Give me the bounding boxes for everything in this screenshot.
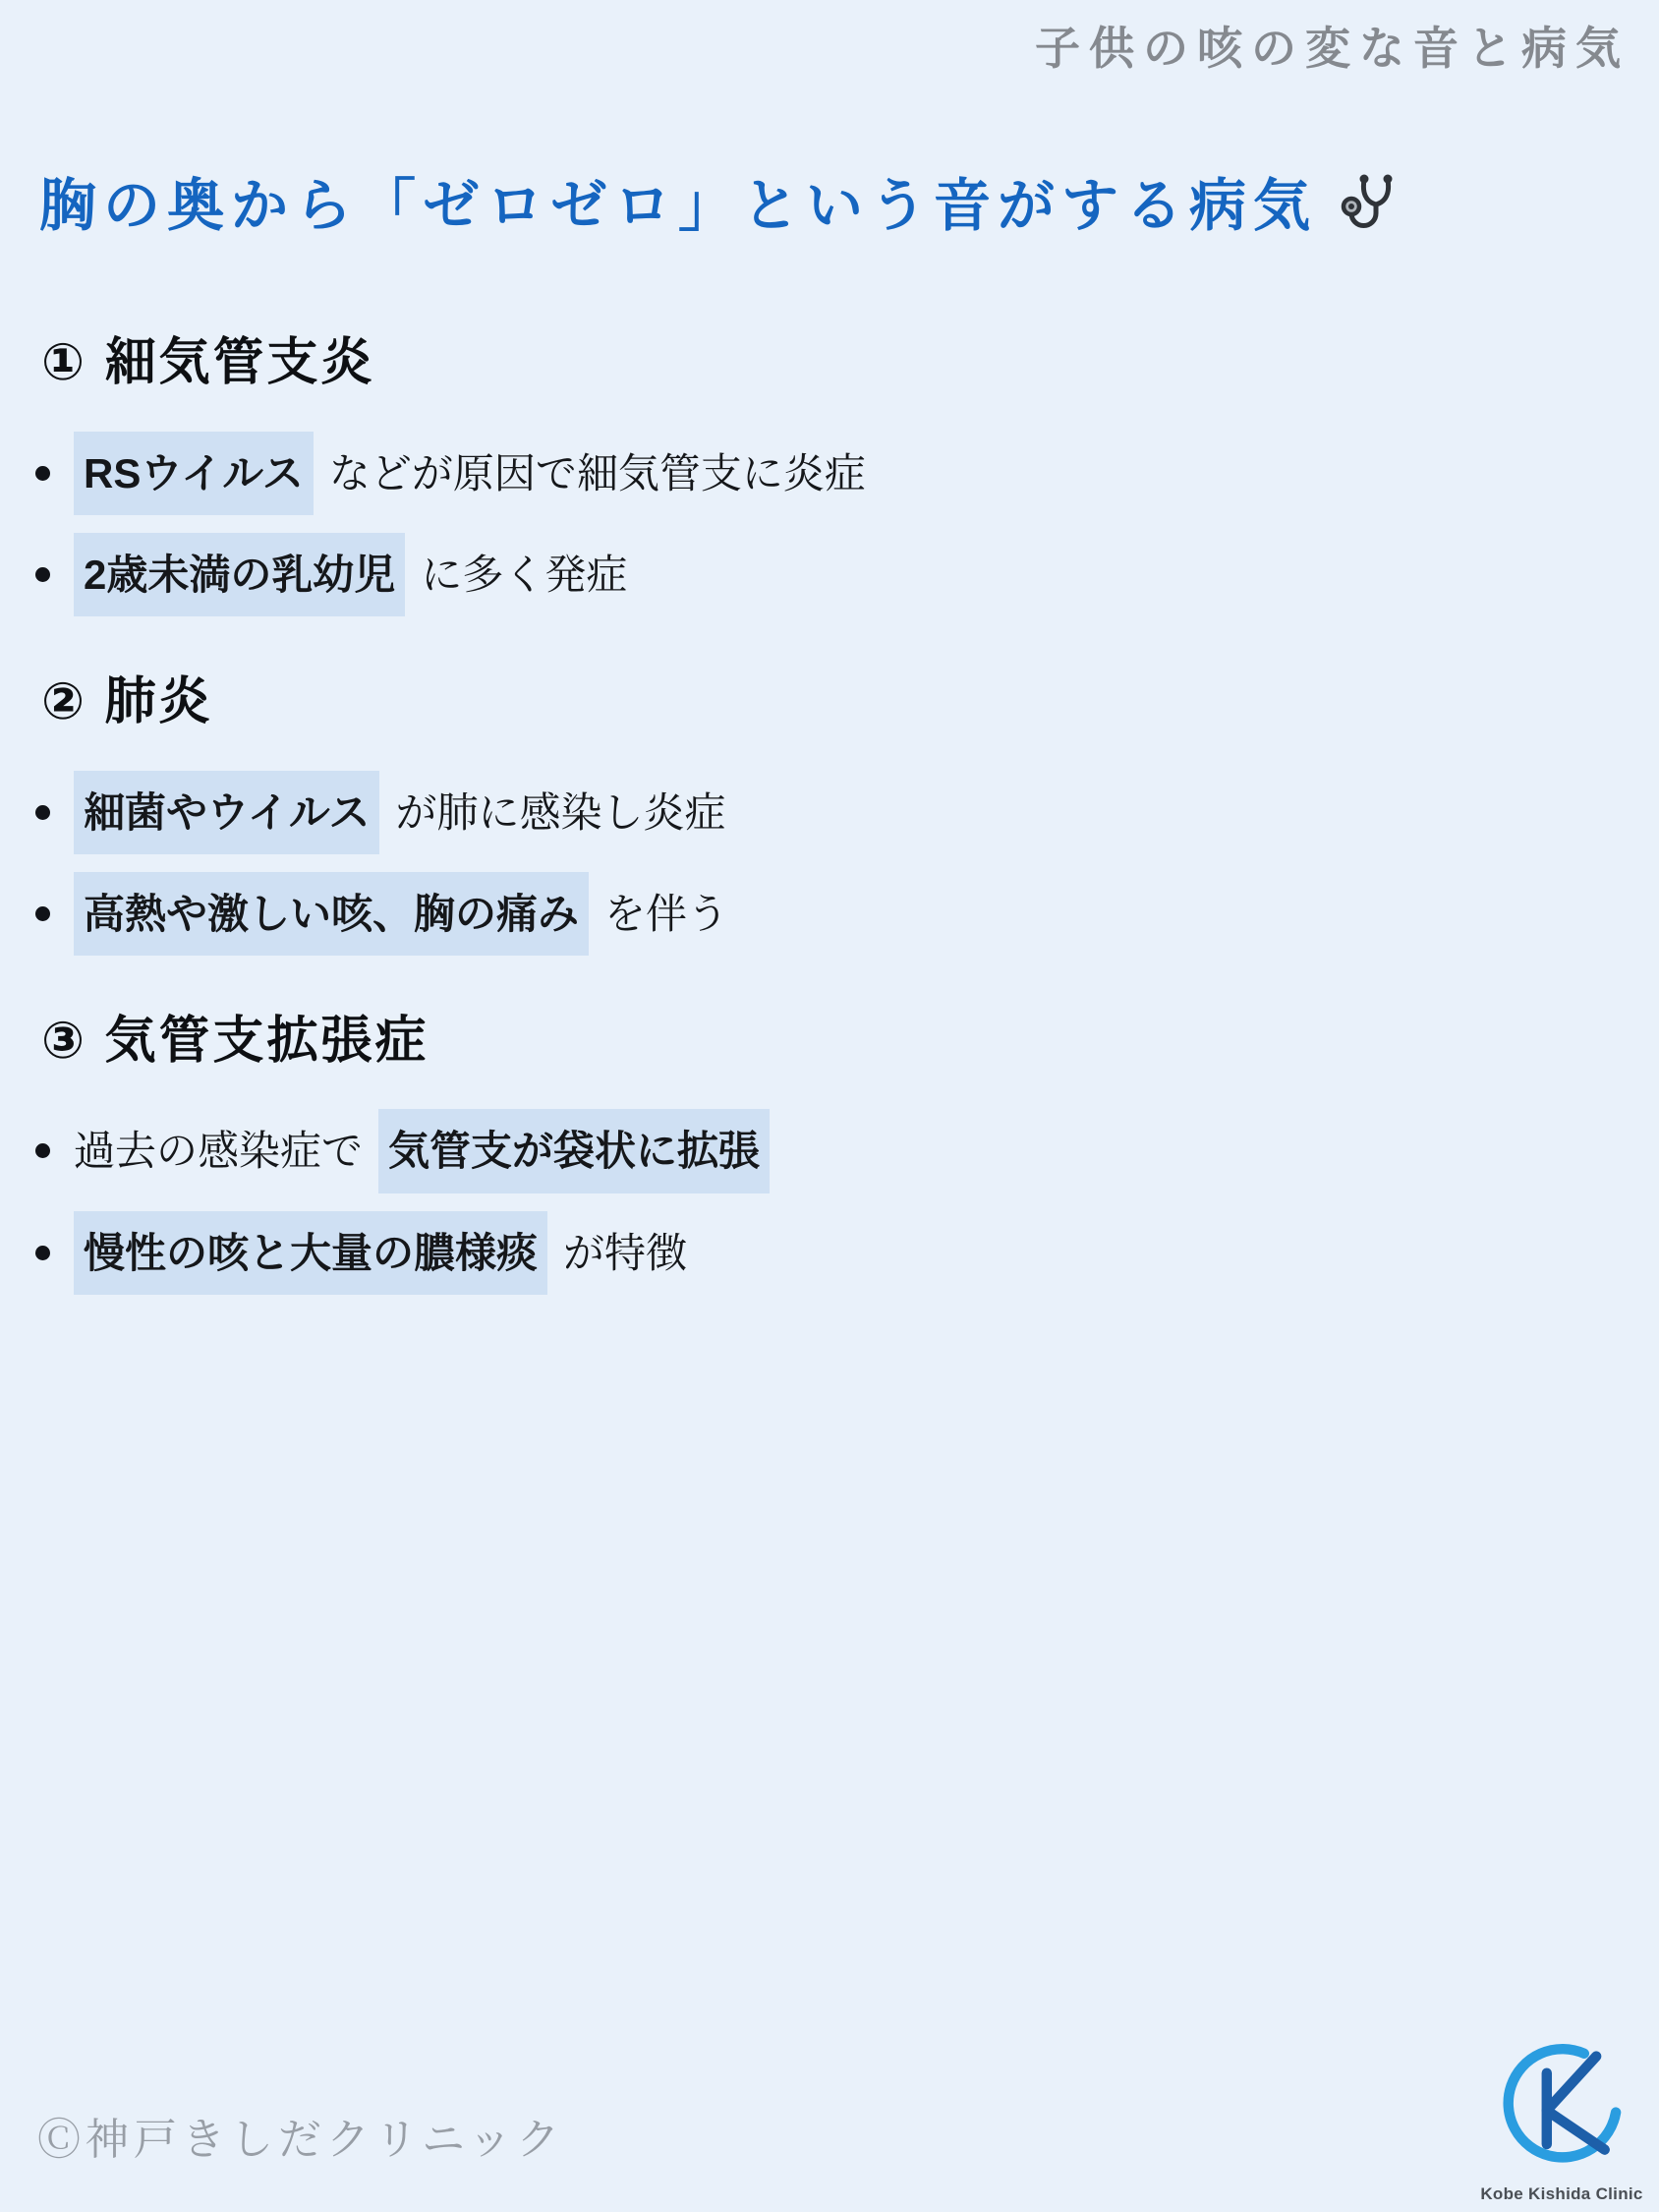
highlighted-term: RSウイルス bbox=[74, 432, 314, 515]
bullet-text: に多く発症 bbox=[421, 542, 627, 608]
highlighted-term: 慢性の咳と大量の膿様痰 bbox=[74, 1211, 547, 1295]
list-item: 細菌やウイルス が肺に感染し炎症 bbox=[35, 771, 1659, 854]
list-item: RSウイルス などが原因で細気管支に炎症 bbox=[35, 432, 1659, 515]
stethoscope-icon bbox=[1339, 171, 1409, 247]
bullet-dot-icon bbox=[35, 567, 50, 582]
list-item: 2歳未満の乳幼児 に多く発症 bbox=[35, 533, 1659, 616]
infographic-page: 子供の咳の変な音と病気 胸の奥から「ゼロゼロ」という音がする病気 ① 細気管支炎… bbox=[0, 0, 1659, 2212]
kobe-kishida-clinic-logo-icon bbox=[1487, 2167, 1636, 2183]
section-bronchiectasis: ③ 気管支拡張症 過去の感染症で 気管支が袋状に拡張 慢性の咳と大量の膿様痰 が… bbox=[0, 1011, 1659, 1295]
title-row: 胸の奥から「ゼロゼロ」という音がする病気 bbox=[39, 136, 1659, 277]
bullet-text: を伴う bbox=[604, 881, 728, 947]
bullet-dot-icon bbox=[35, 466, 50, 481]
section-heading: ② 肺炎 bbox=[41, 671, 1659, 732]
highlighted-term: 気管支が袋状に拡張 bbox=[378, 1109, 770, 1193]
series-header: 子供の咳の変な音と病気 bbox=[0, 0, 1659, 71]
bullet-dot-icon bbox=[35, 1246, 50, 1260]
bullet-text: 過去の感染症で bbox=[74, 1118, 363, 1184]
section-heading: ① 細気管支炎 bbox=[41, 332, 1659, 393]
bullet-text: が肺に感染し炎症 bbox=[395, 780, 725, 845]
highlighted-term: 高熱や激しい咳、胸の痛み bbox=[74, 872, 589, 956]
section-heading: ③ 気管支拡張症 bbox=[41, 1011, 1659, 1072]
section-pneumonia: ② 肺炎 細菌やウイルス が肺に感染し炎症 高熱や激しい咳、胸の痛み を伴う bbox=[0, 671, 1659, 956]
clinic-logo-caption: Kobe Kishida Clinic bbox=[1478, 2184, 1645, 2204]
bullet-dot-icon bbox=[35, 906, 50, 921]
list-item: 高熱や激しい咳、胸の痛み を伴う bbox=[35, 872, 1659, 956]
bullet-list: 細菌やウイルス が肺に感染し炎症 高熱や激しい咳、胸の痛み を伴う bbox=[0, 771, 1659, 956]
list-item: 慢性の咳と大量の膿様痰 が特徴 bbox=[35, 1211, 1659, 1295]
bullet-dot-icon bbox=[35, 805, 50, 820]
list-item: 過去の感染症で 気管支が袋状に拡張 bbox=[35, 1109, 1659, 1193]
copyright-text: Ⓒ神戸きしだクリニック bbox=[37, 2104, 564, 2167]
bullet-text: などが原因で細気管支に炎症 bbox=[329, 440, 866, 506]
bullet-dot-icon bbox=[35, 1143, 50, 1158]
bullet-text: が特徴 bbox=[563, 1220, 687, 1286]
page-title: 胸の奥から「ゼロゼロ」という音がする病気 bbox=[39, 174, 1317, 240]
clinic-logo: Kobe Kishida Clinic bbox=[1478, 2030, 1645, 2204]
highlighted-term: 2歳未満の乳幼児 bbox=[74, 533, 405, 616]
highlighted-term: 細菌やウイルス bbox=[74, 771, 379, 854]
bullet-list: RSウイルス などが原因で細気管支に炎症 2歳未満の乳幼児 に多く発症 bbox=[0, 432, 1659, 616]
bullet-list: 過去の感染症で 気管支が袋状に拡張 慢性の咳と大量の膿様痰 が特徴 bbox=[0, 1109, 1659, 1294]
section-bronchiolitis: ① 細気管支炎 RSウイルス などが原因で細気管支に炎症 2歳未満の乳幼児 に多… bbox=[0, 332, 1659, 616]
